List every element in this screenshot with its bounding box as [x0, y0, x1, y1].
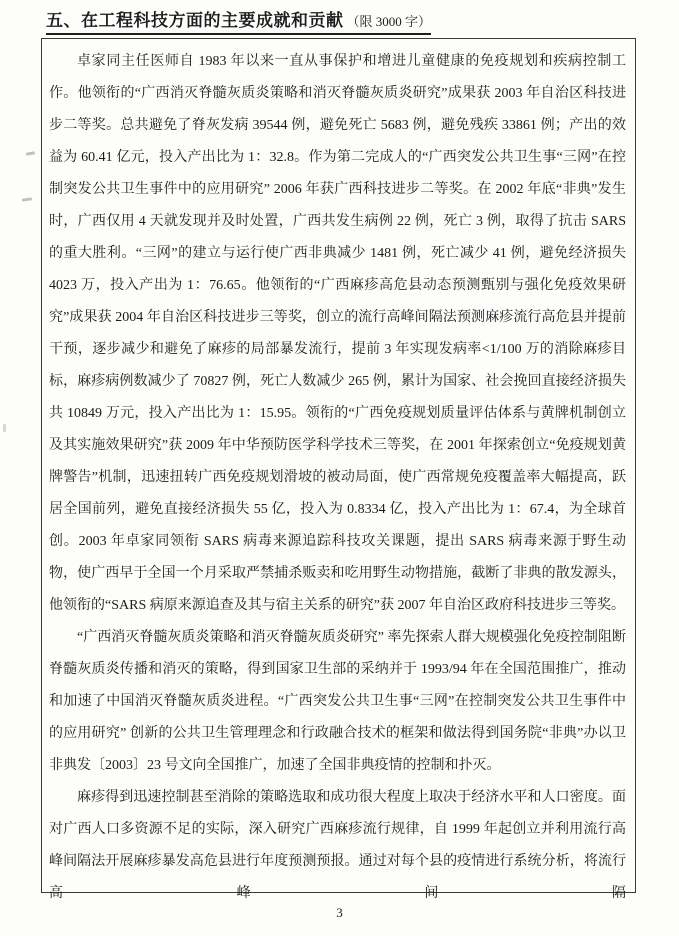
- paragraph-achievements: 卓家同主任医师自 1983 年以来一直从事保护和增进儿童健康的免疫规划和疾病控制…: [49, 46, 626, 622]
- margin-pencil-mark: [22, 197, 32, 201]
- document-page: 五、在工程科技方面的主要成就和贡献（限 3000 字） 卓家同主任医师自 198…: [0, 0, 679, 936]
- section-heading-underline: 五、在工程科技方面的主要成就和贡献（限 3000 字）: [46, 6, 431, 35]
- word-limit-note: （限 3000 字）: [347, 14, 432, 29]
- paragraph-polio-strategy: “广西消灭脊髓灰质炎策略和消灭脊髓灰质炎研究” 率先探索人群大规模强化免疫控制阻…: [49, 622, 626, 782]
- page-number: 3: [0, 905, 679, 921]
- content-box: 卓家同主任医师自 1983 年以来一直从事保护和增进儿童健康的免疫规划和疾病控制…: [41, 38, 636, 893]
- scan-artifact-mark: [3, 424, 6, 432]
- section-heading-title: 五、在工程科技方面的主要成就和贡献: [46, 11, 344, 30]
- paragraph-measles-control: 麻疹得到迅速控制甚至消除的策略选取和成功很大程度上取决于经济水平和人口密度。面对…: [49, 782, 626, 910]
- section-heading: 五、在工程科技方面的主要成就和贡献（限 3000 字）: [46, 6, 431, 35]
- margin-pencil-mark: [26, 151, 35, 156]
